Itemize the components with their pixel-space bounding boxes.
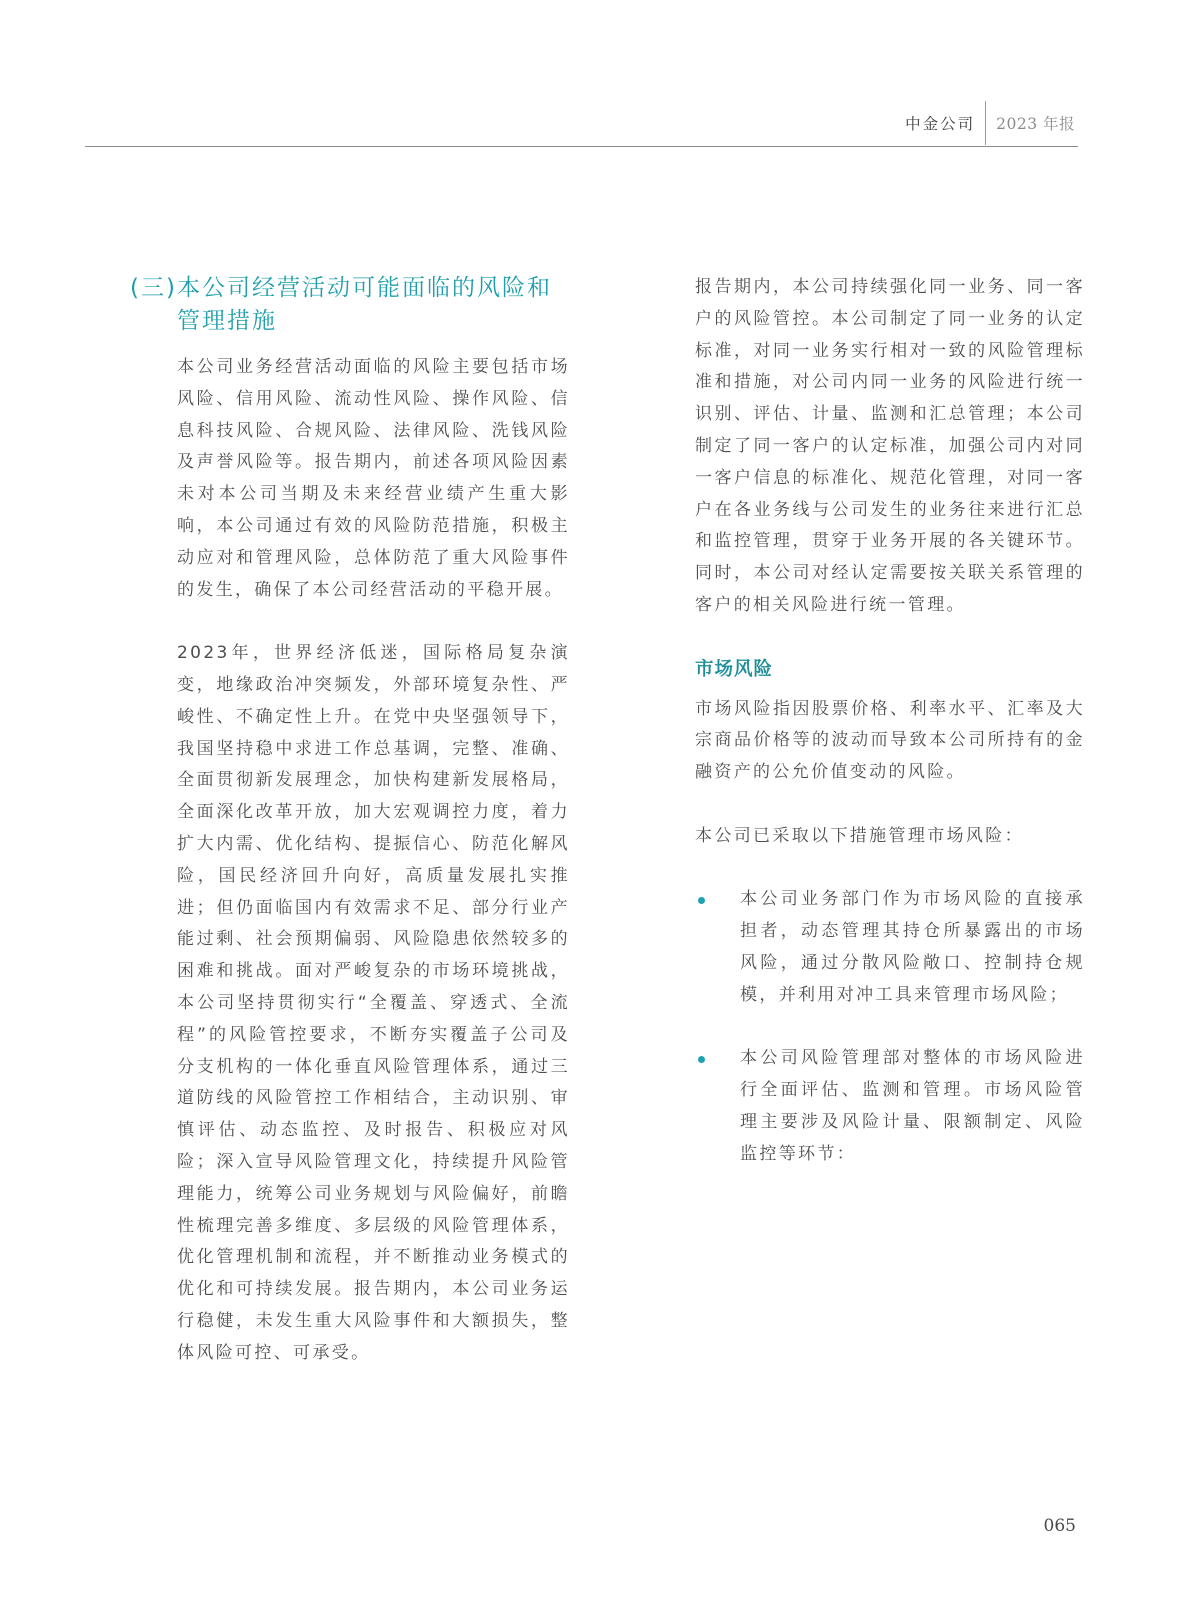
subheading-market-risk: 市场风险 xyxy=(695,654,1085,686)
measures-list: 本公司业务部门作为市场风险的直接承担者，动态管理其持仓所暴露出的市场风险，通过分… xyxy=(695,884,1085,1170)
paragraph-gap xyxy=(130,606,570,638)
paragraph-gap xyxy=(695,853,1085,885)
paragraph-measures-intro: 本公司已采取以下措施管理市场风险： xyxy=(695,821,1085,853)
paragraph-2023-environment: 2023年，世界经济低迷，国际格局复杂演变，地缘政治冲突频发，外部环境复杂性、严… xyxy=(177,638,570,1369)
report-title: 2023 年报 xyxy=(986,112,1075,134)
page-number: 065 xyxy=(1044,1516,1076,1536)
list-gap xyxy=(695,1012,1085,1044)
running-header: 中金公司 2023 年报 xyxy=(905,101,1075,145)
bullet-icon xyxy=(698,1056,705,1063)
paragraph-market-risk-definition: 市场风险指因股票价格、利率水平、汇率及大宗商品价格等的波动而导致本公司所持有的金… xyxy=(695,694,1085,789)
section-title: (三) 本公司经营活动可能面临的风险和管理措施 xyxy=(130,272,570,338)
paragraph-same-business-client: 报告期内，本公司持续强化同一业务、同一客户的风险管控。本公司制定了同一业务的认定… xyxy=(695,272,1085,622)
list-item: 本公司业务部门作为市场风险的直接承担者，动态管理其持仓所暴露出的市场风险，通过分… xyxy=(695,884,1085,1011)
bullet-icon xyxy=(698,897,705,904)
paragraph-gap xyxy=(695,789,1085,821)
paragraph-gap xyxy=(695,622,1085,654)
section-title-text: 本公司经营活动可能面临的风险和管理措施 xyxy=(177,272,570,338)
list-item: 本公司风险管理部对整体的市场风险进行全面评估、监测和管理。市场风险管理主要涉及风… xyxy=(695,1043,1085,1170)
list-item-text: 本公司业务部门作为市场风险的直接承担者，动态管理其持仓所暴露出的市场风险，通过分… xyxy=(740,884,1085,1011)
left-column: (三) 本公司经营活动可能面临的风险和管理措施 本公司业务经营活动面临的风险主要… xyxy=(130,272,570,1370)
header-rule xyxy=(85,146,1078,147)
section-number: (三) xyxy=(130,272,177,338)
list-item-text: 本公司风险管理部对整体的市场风险进行全面评估、监测和管理。市场风险管理主要涉及风… xyxy=(740,1043,1085,1170)
company-name: 中金公司 xyxy=(905,112,985,134)
right-column: 报告期内，本公司持续强化同一业务、同一客户的风险管控。本公司制定了同一业务的认定… xyxy=(695,272,1085,1171)
paragraph-risk-overview: 本公司业务经营活动面临的风险主要包括市场风险、信用风险、流动性风险、操作风险、信… xyxy=(177,352,570,606)
